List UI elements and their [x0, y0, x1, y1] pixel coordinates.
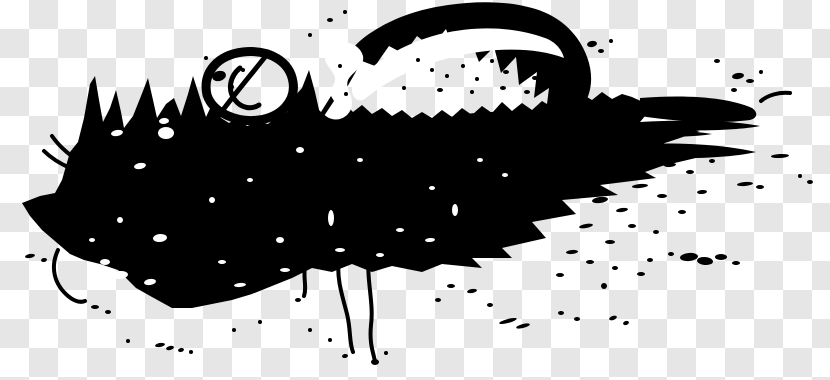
spatter-dot [697, 256, 714, 265]
spatter-dot [155, 342, 166, 348]
spatter-dot [647, 258, 653, 262]
speckle-hole [452, 204, 458, 216]
spatter-dot [545, 58, 551, 62]
spatter-dot [798, 174, 802, 178]
spatter-dot [343, 10, 347, 14]
speckle-hole [218, 260, 226, 264]
spatter-dot [680, 252, 699, 262]
spatter-dot [555, 40, 559, 44]
spatter-dot [499, 317, 517, 326]
spatter-dot [586, 260, 594, 264]
spatter-dot [105, 310, 111, 314]
spatter-dot [632, 183, 648, 188]
spatter-dot [371, 359, 379, 365]
spatter-dot [178, 347, 185, 352]
comma-streak [761, 93, 790, 101]
ink-splatter-graphic [0, 0, 830, 380]
spatter-dot [500, 86, 506, 90]
spatter-dot [609, 39, 613, 43]
spatter-dot [524, 90, 530, 94]
spatter-dot [416, 58, 420, 62]
spatter-dot [402, 86, 406, 90]
spatter-dot [807, 180, 813, 184]
head-crescent-blob [332, 2, 591, 122]
spatter-dot [204, 56, 208, 60]
spatter-dot [232, 328, 236, 332]
spatter-dot [601, 283, 607, 289]
spatter-dot [445, 74, 449, 78]
spatter-dot [746, 79, 754, 83]
dry-brush-streaks [636, 96, 760, 158]
spatter-dot [258, 320, 262, 324]
spatter-dot [467, 288, 478, 294]
spatter-dot [295, 298, 301, 302]
spatter-dot [566, 249, 578, 254]
spatter-dot [564, 33, 568, 37]
spatter-dot [328, 338, 332, 342]
spatter-dot [308, 328, 312, 332]
speckle-hole [100, 259, 110, 265]
spatter-dot [41, 258, 48, 263]
spatter-dot [241, 68, 245, 72]
speckle-hole [429, 186, 435, 190]
spatter-dot [447, 284, 455, 288]
speckle-hole [209, 197, 215, 203]
spatter-dot [166, 345, 175, 351]
spatter-dot [732, 261, 740, 265]
spatter-dot [430, 68, 434, 72]
speckle-hole [158, 127, 174, 139]
speckle-hole [357, 158, 363, 162]
speckle-hole [280, 268, 290, 272]
spatter-dot [519, 65, 523, 69]
spatter-dot [657, 194, 667, 198]
spatter-dot [556, 273, 564, 277]
spatter-dot [714, 59, 720, 63]
spatter-dot [338, 64, 342, 68]
spatter-dot [592, 196, 609, 204]
speckle-hole [276, 237, 284, 243]
spatter-dot [189, 350, 193, 354]
spatter-dot [697, 190, 707, 195]
spatter-dot [737, 181, 753, 186]
spatter-dot [384, 351, 388, 355]
spatter-dot [126, 339, 130, 343]
spatter-dot [516, 322, 531, 329]
spatter-dot [616, 207, 628, 213]
speckle-hole [396, 228, 404, 232]
speckle-hole [89, 238, 95, 242]
spatter-dot [437, 88, 443, 92]
spatter-dot [25, 253, 36, 259]
speckle-hole [502, 173, 508, 177]
speckle-hole [335, 248, 345, 252]
spatter-dot [628, 224, 636, 228]
spatter-dot [327, 18, 333, 22]
speckle-hole [477, 158, 483, 162]
spatter-dot [731, 88, 737, 92]
spatter-dot [756, 185, 764, 189]
speckle-hole [296, 147, 304, 153]
spatter-dot [598, 49, 604, 53]
spatter-dot [678, 210, 686, 214]
spatter-dot [558, 311, 564, 315]
spatter-dot [435, 298, 441, 302]
spatter-dot [686, 170, 694, 174]
spatter-dot [490, 59, 494, 63]
spatter-dot [622, 320, 629, 326]
speckle-hole [376, 253, 384, 257]
spatter-dot [344, 92, 348, 96]
spatter-dot [342, 354, 349, 359]
scribble-ring-inner [230, 68, 259, 108]
spatter-dot [637, 272, 645, 276]
spatter-dot [487, 303, 493, 307]
spatter-dot [91, 305, 99, 309]
spatter-dot [475, 77, 479, 81]
speckle-hole [247, 178, 253, 182]
speckle-hole [328, 210, 334, 226]
transparency-checkerboard [0, 0, 830, 380]
spatter-dot [605, 240, 615, 244]
spatter-dot [612, 266, 618, 270]
drip-lines [304, 256, 375, 362]
spatter-dot [715, 254, 727, 260]
spatter-dot [503, 70, 509, 74]
spatter-dot [771, 154, 789, 159]
speckle-hole [117, 217, 123, 223]
spatter-dot [653, 230, 659, 234]
spatter-dot [574, 317, 580, 321]
spatter-dot [579, 223, 593, 229]
spatter-dot [228, 84, 234, 90]
spatter-dot [609, 315, 618, 321]
spatter-dot [308, 33, 312, 37]
spatter-dot [732, 72, 745, 80]
spatter-dot [709, 159, 715, 163]
spatter-dot [532, 76, 538, 80]
spatter-dot [668, 252, 674, 256]
spatter-dot [587, 40, 598, 48]
spatter-dot [470, 90, 474, 94]
spatter-dot [461, 64, 465, 68]
spatter-dot [759, 70, 763, 74]
